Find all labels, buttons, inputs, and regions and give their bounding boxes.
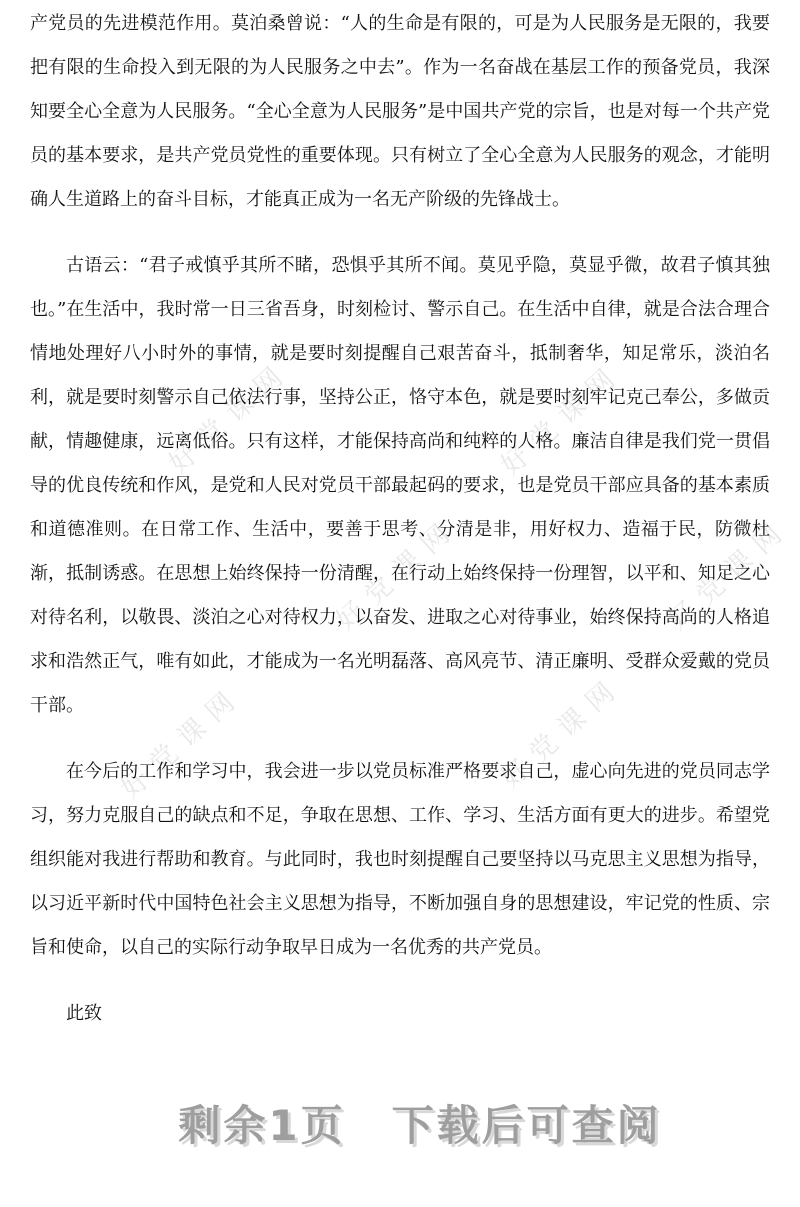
remaining-pages-label: 剩余1页: [178, 1101, 345, 1150]
paragraph: 产党员的先进模范作用。莫泊桑曾说：“人的生命是有限的，可是为人民服务是无限的，我…: [30, 2, 770, 222]
paragraph: 在今后的工作和学习中，我会进一步以党员标准严格要求自己，虚心向先进的党员同志学习…: [30, 750, 770, 970]
closing-salutation: 此致: [30, 992, 770, 1036]
download-hint-label: 下载后可查阅: [392, 1103, 662, 1149]
paragraph: 古语云：“君子戒慎乎其所不睹，恐惧乎其所不闻。莫见乎隐，莫显乎微，故君子慎其独也…: [30, 244, 770, 728]
document-page: 好党课网 好党课网 好党课网 好党课网 好党课网 好党课网 产党员的先进模范作用…: [0, 0, 800, 1207]
remaining-pages-banner: 剩余1页下载后可查阅: [0, 1103, 800, 1149]
document-body: 产党员的先进模范作用。莫泊桑曾说：“人的生命是有限的，可是为人民服务是无限的，我…: [30, 2, 770, 1036]
